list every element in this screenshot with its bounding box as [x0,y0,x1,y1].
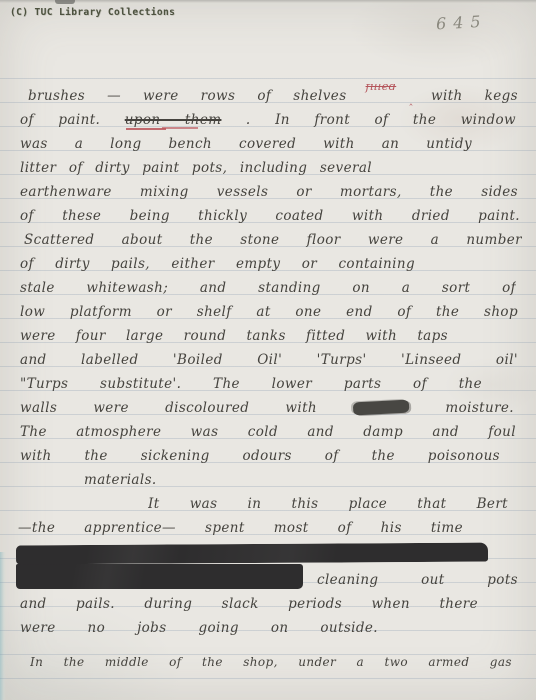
redaction-bar [16,543,488,565]
line-text: brushes — were rows of shelves [28,88,347,104]
line-text: with kegs [431,88,518,104]
manuscript-line: with the sickening odours of the poisono… [20,444,500,468]
manuscript-line: of these being thickly coated with dried… [20,204,520,228]
scan-top-edge [0,0,536,3]
page-number: 645 [436,12,488,34]
line-text: of paint. [20,112,100,128]
scan-corner-mark [55,0,75,4]
red-inserted-word-struck: filled [366,84,397,93]
redaction-bar [16,564,303,589]
manuscript-line: Scattered about the stone floor were a n… [24,228,522,252]
manuscript-line: litter of dirty paint pots, including se… [20,156,372,180]
manuscript-page: (C) TUC Library Collections 645 brushes … [0,0,536,700]
manuscript-line: stale whitewash; and standing on a sort … [20,276,516,300]
manuscript-line: and pails. during slack periods when the… [20,592,478,616]
manuscript-body: brushes — were rows of shelves filled ‸ … [20,84,518,674]
manuscript-line: materials. [84,468,518,492]
manuscript-line: In the middle of the shop, under a two a… [30,650,512,674]
scan-left-edge [0,552,6,700]
manuscript-line: were four large round tanks fitted with … [20,324,448,348]
manuscript-line: was a long bench covered with an untidy [20,132,472,156]
manuscript-line: —the apprentice— spent most of his time [18,516,463,540]
manuscript-line: walls were discoloured with moisture. [20,396,514,420]
manuscript-line: It was in this place that Bert [148,492,508,516]
manuscript-line: The atmosphere was cold and damp and fou… [20,420,516,444]
line-text: . In front of the window [246,112,516,128]
manuscript-line: low platform or shelf at one end of the … [20,300,518,324]
line-text: moisture. [445,400,514,416]
red-caret-mark: ‸ [409,95,413,106]
ink-scribble-blot [353,400,410,416]
manuscript-line: and labelled 'Boiled Oil' 'Turps' 'Linse… [20,348,518,372]
manuscript-line: brushes — were rows of shelves filled ‸ … [28,84,518,108]
line-text: walls were discoloured with [20,400,317,416]
manuscript-line: of dirty pails, either empty or containi… [20,252,415,276]
manuscript-line-partially-redacted: cleaning out pots [20,568,518,592]
line-text: cleaning out pots [303,568,518,592]
manuscript-line: of paint. upon them . In front of the wi… [20,108,516,132]
manuscript-line: "Turps substitute'. The lower parts of t… [20,372,482,396]
manuscript-line: were no jobs going on outside. [20,616,378,640]
manuscript-line: earthenware mixing vessels or mortars, t… [20,180,518,204]
library-watermark: (C) TUC Library Collections [10,7,175,18]
struck-out-words: upon them [125,112,222,130]
